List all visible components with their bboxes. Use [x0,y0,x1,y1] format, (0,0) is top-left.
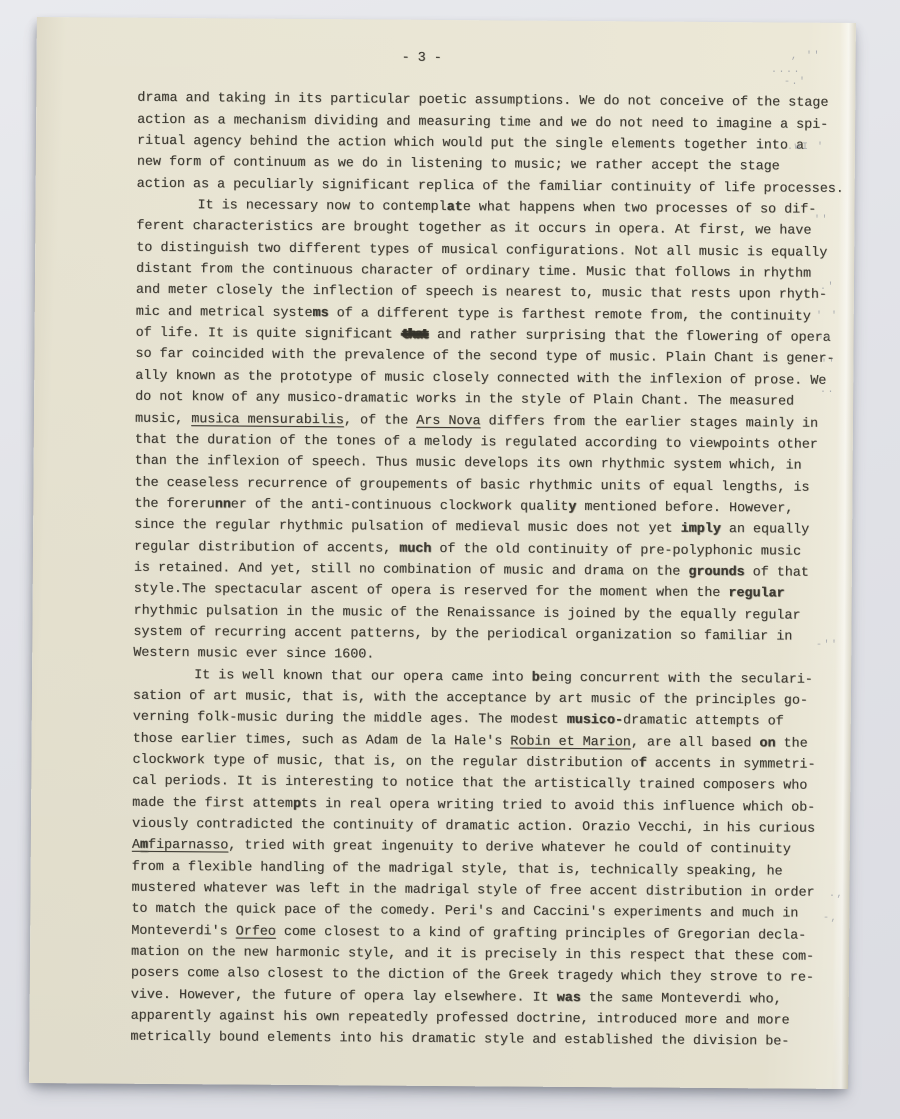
pencil-mark: ., [829,890,844,900]
pencil-mark: '' [818,337,833,347]
pencil-mark: -, [823,914,838,924]
paragraph: drama and taking in its particular poeti… [137,88,854,200]
pencil-mark: , '' [791,52,821,62]
typed-line: metrically bound elements into his drama… [130,1027,846,1054]
page-number: - 3 - [138,46,854,73]
paragraph: It is well known that our opera came int… [130,664,849,1053]
pencil-mark: .. [820,386,835,396]
pencil-mark: -.' [784,78,807,88]
pencil-mark: ' ' [816,312,839,322]
paragraph: It is necessary now to contemplate what … [133,195,852,670]
typed-text-column: - 3 - drama and taking in its particular… [130,46,853,1054]
scan-background: - 3 - drama and taking in its particular… [0,0,900,1119]
pencil-mark: .' [820,283,835,293]
pencil-mark: '' [814,216,829,226]
pencil-mark: .... [771,66,801,76]
typed-text: drama and taking in its particular poeti… [130,88,853,1054]
pencil-mark: -'' [816,641,839,651]
scanned-page: - 3 - drama and taking in its particular… [29,17,856,1089]
pencil-mark: '' [821,360,836,370]
pencil-mark: .wI ' [787,143,825,153]
